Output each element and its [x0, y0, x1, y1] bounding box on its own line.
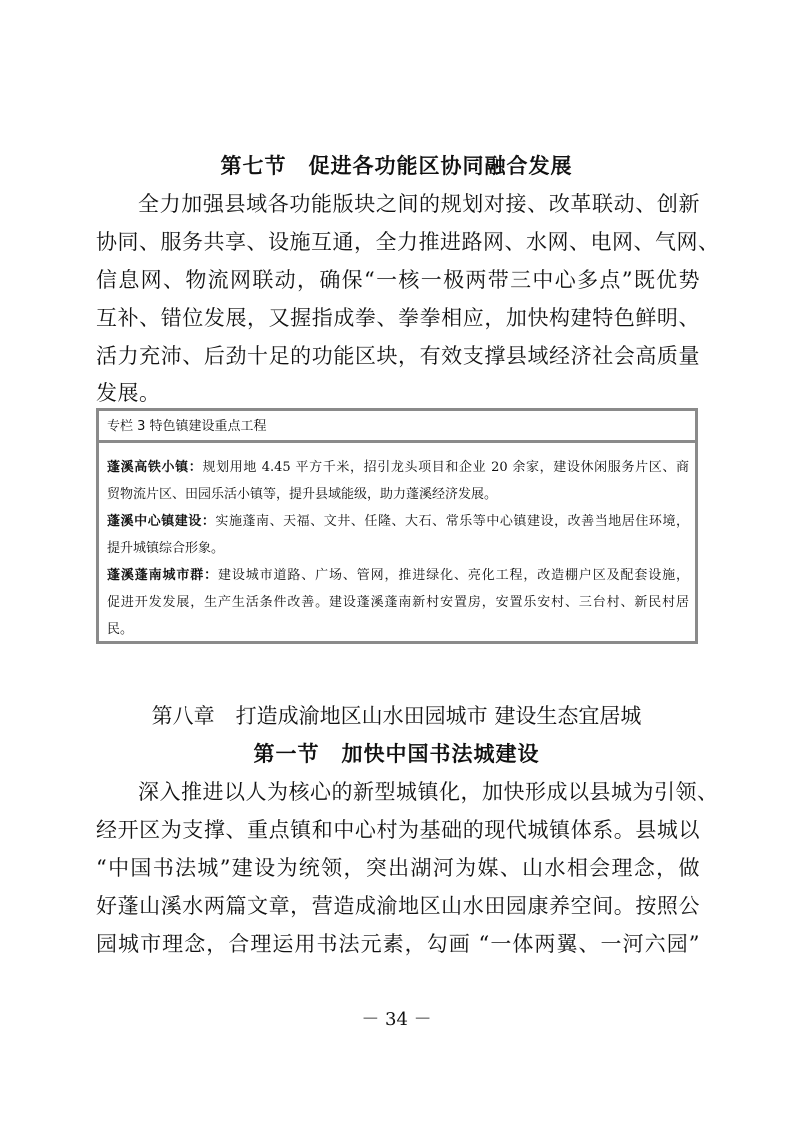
paragraph-line: 活力充沛、后劲十足的功能区块，有效支撑县域经济社会高质量	[96, 346, 700, 367]
box-item-line: 民。	[107, 616, 689, 643]
box-item-label: 蓬溪蓬南城市群：	[107, 568, 218, 583]
paragraph-line: 全力加强县域各功能版块之间的规划对接、改革联动、创新	[138, 194, 700, 215]
box-item-label: 蓬溪高铁小镇：	[107, 460, 202, 475]
paragraph-line: 经开区为支撑、重点镇和中心村为基础的现代城镇体系。县城以	[96, 820, 700, 841]
box-item-line: 蓬溪蓬南城市群：建设城市道路、广场、管网，推进绿化、亮化工程，改造棚户区及配套设…	[107, 562, 689, 589]
box-item-line: 促进开发发展，生产生活条件改善。建设蓬溪蓬南新村安置房，安置乐安村、三台村、新民…	[107, 589, 689, 616]
paragraph-line: 好蓬山溪水两篇文章，营造成渝地区山水田园康养空间。按照公	[96, 896, 700, 917]
paragraph-line: 信息网、物流网联动，确保“一核一极两带三中心多点”既优势	[96, 270, 700, 291]
chapter-8-section-1-title: 第一节 加快中国书法城建设	[0, 738, 793, 768]
feature-box-header: 专栏 3 特色镇建设重点工程	[99, 411, 695, 443]
chapter-8-title: 第八章 打造成渝地区山水田园城市 建设生态宜居城	[0, 700, 793, 730]
feature-box-body: 蓬溪高铁小镇：规划用地 4.45 平方千米，招引龙头项目和企业 20 余家，建设…	[107, 454, 689, 643]
paragraph-line: 互补、错位发展，又握指成拳、拳拳相应，加快构建特色鲜明、	[96, 308, 700, 329]
box-item-line: 贸物流片区、田园乐活小镇等，提升县域能级，助力蓬溪经济发展。	[107, 481, 689, 508]
paragraph-line: “中国书法城”建设为统领，突出湖河为媒、山水相会理念，做	[96, 858, 700, 879]
paragraph-line: 协同、服务共享、设施互通，全力推进路网、水网、电网、气网、	[96, 232, 700, 253]
section-7-title: 第七节 促进各功能区协同融合发展	[0, 150, 793, 180]
paragraph-line: 发展。	[96, 383, 700, 404]
paragraph-line: 深入推进以人为核心的新型城镇化，加快形成以县城为引领、	[138, 782, 700, 803]
paragraph-line: 园城市理念，合理运用书法元素，勾画 “一体两翼、一河六园”	[96, 934, 700, 955]
box-item-line: 蓬溪高铁小镇：规划用地 4.45 平方千米，招引龙头项目和企业 20 余家，建设…	[107, 454, 689, 481]
page-number: － 34 －	[0, 1005, 793, 1031]
box-item-line: 提升城镇综合形象。	[107, 535, 689, 562]
document-page: 第七节 促进各功能区协同融合发展 全力加强县域各功能版块之间的规划对接、改革联动…	[0, 0, 793, 1122]
feature-box-special-towns: 专栏 3 特色镇建设重点工程 蓬溪高铁小镇：规划用地 4.45 平方千米，招引龙…	[96, 408, 698, 644]
box-item-line: 蓬溪中心镇建设：实施蓬南、天福、文井、任隆、大石、常乐等中心镇建设，改善当地居住…	[107, 508, 689, 535]
box-item-label: 蓬溪中心镇建设：	[107, 514, 215, 529]
